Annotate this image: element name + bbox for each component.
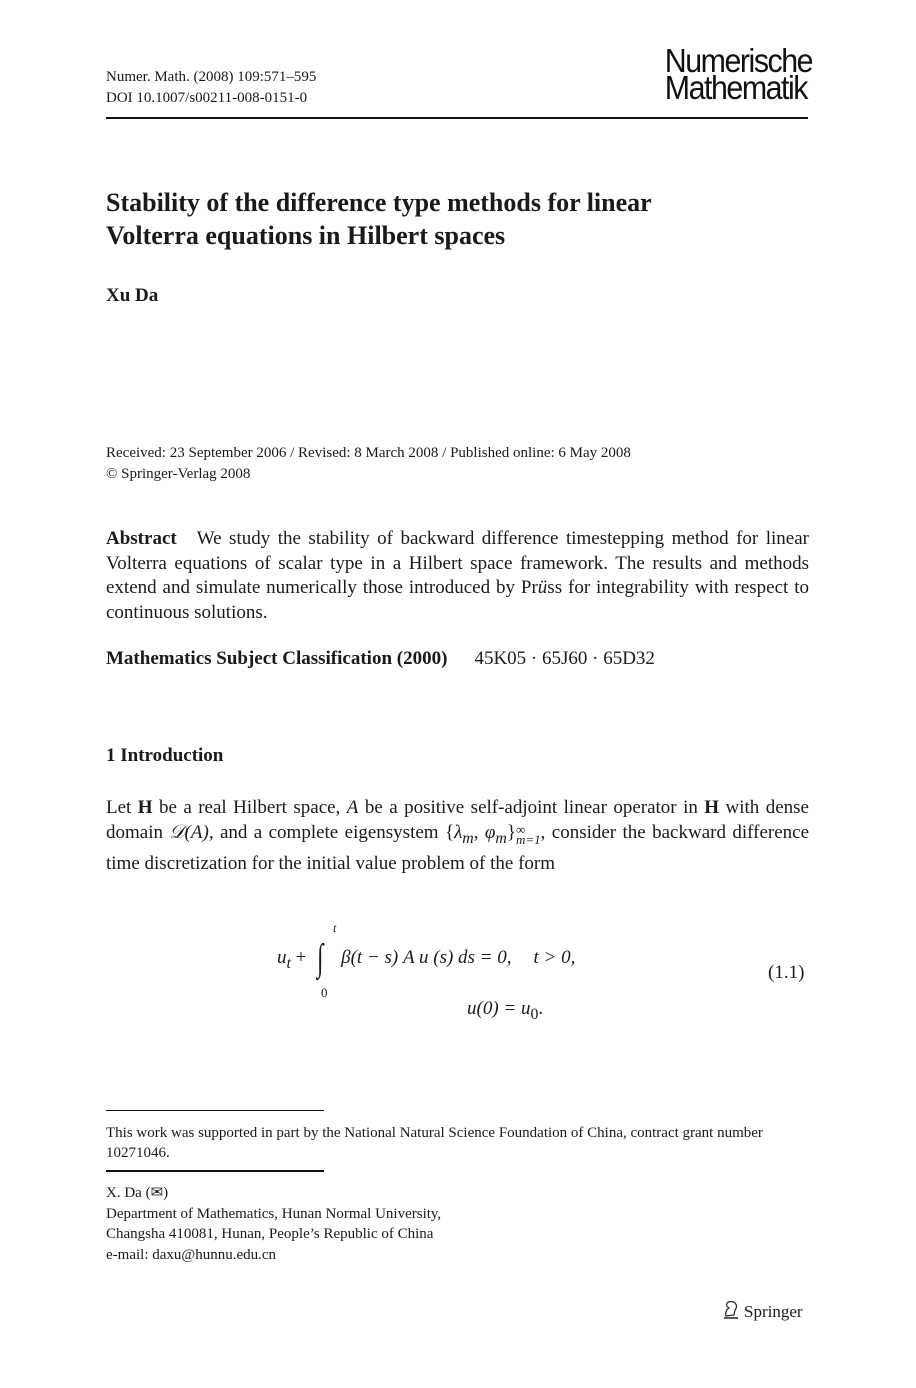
section-number: 1 — [106, 745, 116, 766]
affiliation-email[interactable]: e-mail: daxu@hunnu.edu.cn — [106, 1245, 441, 1266]
msc-classification: Mathematics Subject Classification (2000… — [106, 648, 655, 670]
math-A: A — [347, 797, 359, 818]
integral-upper-limit: t — [333, 921, 336, 936]
affiliation-name: X. Da (✉) — [106, 1183, 441, 1204]
math-sub: m — [495, 830, 506, 847]
text: , and a complete eigensystem { — [209, 822, 454, 843]
abstract: AbstractWe study the stability of backwa… — [106, 527, 809, 625]
math-sub: m — [462, 830, 473, 847]
funding-footnote: This work was supported in part by the N… — [106, 1123, 809, 1163]
section-title: Introduction — [120, 745, 223, 766]
math-H: H — [704, 797, 719, 818]
text: . — [538, 998, 543, 1019]
citation-journal-volume: Numer. Math. (2008) 109:571–595 — [106, 67, 316, 88]
header-rule — [106, 117, 808, 119]
paper-title-line2: Volterra equations in Hilbert spaces — [106, 219, 746, 252]
abstract-label: Abstract — [106, 528, 177, 549]
text: be a real Hilbert space, — [153, 797, 347, 818]
section-heading: 1 Introduction — [106, 745, 223, 767]
math-plus: + — [291, 947, 311, 968]
integral-sign: ∫ — [317, 936, 323, 980]
affiliation-rule — [106, 1170, 324, 1172]
msc-codes: 45K05 · 65J60 · 65D32 — [474, 648, 655, 669]
text: , — [474, 822, 485, 843]
math-domain: 𝒟(A) — [169, 822, 208, 843]
publisher-name: Springer — [744, 1302, 803, 1322]
math-H: H — [138, 797, 153, 818]
journal-logo: Numerische Mathematik — [665, 47, 812, 101]
affiliation-dept: Department of Mathematics, Hunan Normal … — [106, 1204, 441, 1225]
math-integrand: β(t − s) A u (s) ds = 0, — [341, 947, 511, 968]
publication-dates: Received: 23 September 2006 / Revised: 8… — [106, 443, 631, 485]
footnote-rule — [106, 1110, 324, 1111]
springer-horse-icon — [722, 1299, 740, 1324]
abstract-italic: ü — [538, 577, 548, 598]
math-sub: m=1 — [516, 835, 541, 845]
text: } — [507, 822, 516, 843]
math-limits: ∞m=1 — [516, 825, 541, 845]
paper-title: Stability of the difference type methods… — [106, 186, 746, 252]
history-dates: Received: 23 September 2006 / Revised: 8… — [106, 443, 631, 464]
msc-label: Mathematics Subject Classification (2000… — [106, 648, 447, 669]
text: Let — [106, 797, 138, 818]
math-initial: u(0) = u — [467, 998, 530, 1019]
integral-lower-limit: 0 — [321, 985, 328, 1001]
affiliation-address: Changsha 410081, Hunan, People’s Republi… — [106, 1224, 441, 1245]
math-phi: φ — [485, 822, 496, 843]
copyright: © Springer-Verlag 2008 — [106, 464, 631, 485]
journal-logo-line2: Mathematik — [665, 74, 812, 101]
intro-paragraph: Let H be a real Hilbert space, A be a po… — [106, 795, 809, 876]
author-affiliation: X. Da (✉) Department of Mathematics, Hun… — [106, 1183, 441, 1265]
publisher-logo: Springer — [722, 1299, 803, 1324]
author-name: Xu Da — [106, 285, 158, 307]
paper-title-line1: Stability of the difference type methods… — [106, 186, 746, 219]
equation-line2: u(0) = u0. — [467, 998, 543, 1024]
citation-header: Numer. Math. (2008) 109:571–595 DOI 10.1… — [106, 67, 316, 109]
text: be a positive self-adjoint linear operat… — [358, 797, 704, 818]
equation-number: (1.1) — [768, 962, 804, 984]
math-u: u — [277, 947, 287, 968]
math-condition: t > 0, — [534, 947, 576, 968]
citation-doi: DOI 10.1007/s00211-008-0151-0 — [106, 88, 316, 109]
